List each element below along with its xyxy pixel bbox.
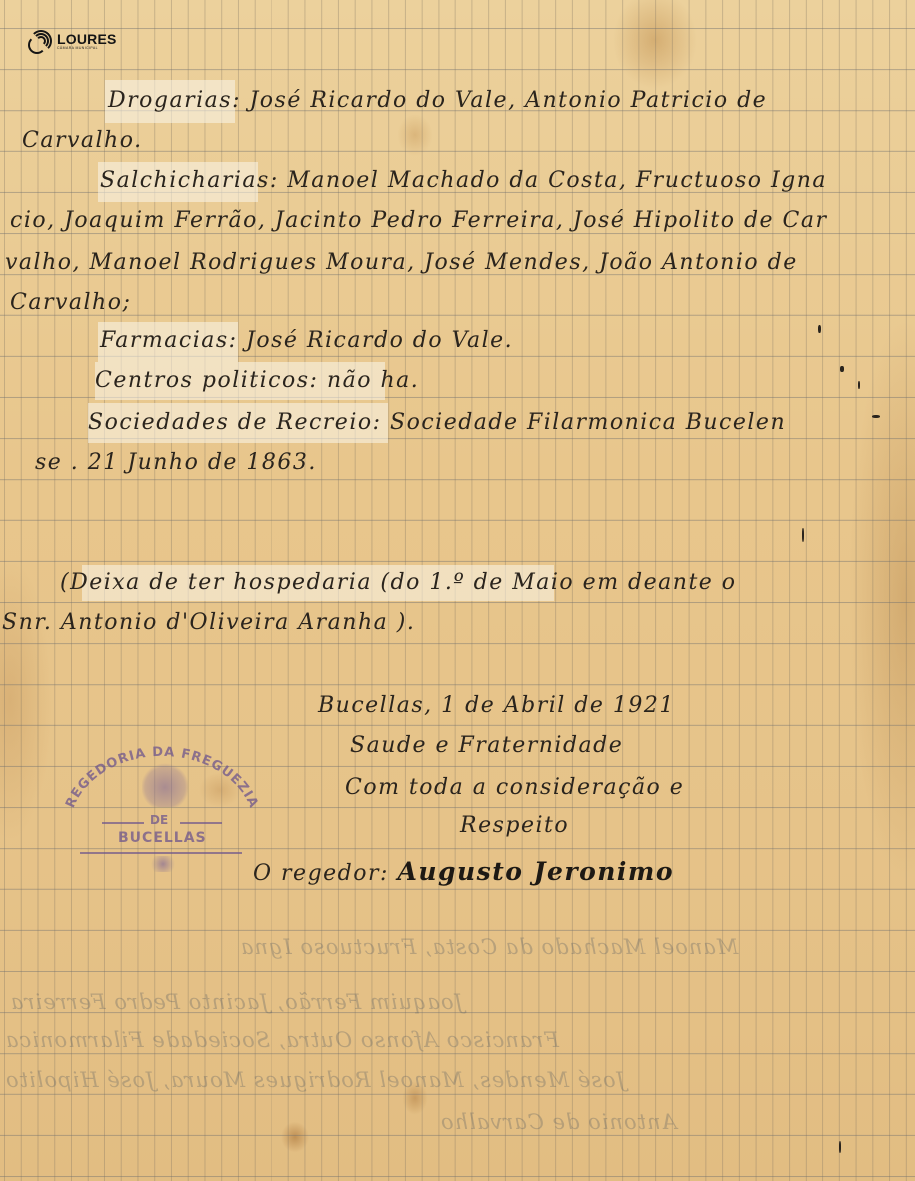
note-line: (Deixa de ter hospedaria (do 1.º de Maio… xyxy=(60,570,737,595)
ink-speck xyxy=(839,1141,841,1153)
entry-label: Centros politicos xyxy=(95,368,310,393)
logo-name: LOURES xyxy=(57,32,117,46)
loures-logo: LOURES CÂMARA MUNICIPAL xyxy=(28,28,117,54)
fingerprint-icon xyxy=(28,28,54,54)
note-highlighted: (Deixa de ter hospedaria (do 1.º de Maio xyxy=(60,570,574,595)
signature: Augusto Jeronimo xyxy=(397,857,674,886)
official-stamp: REGEDORIA DA FREGUEZIA DE BUCELLAS xyxy=(62,728,262,878)
entry-farmacias: Farmacias: José Ricardo do Vale. xyxy=(100,328,513,353)
stamp-town: BUCELLAS xyxy=(118,830,207,846)
entry-text: : Manoel Machado da Costa, Fructuoso Ign… xyxy=(270,168,827,193)
bleed-through-line: Joaquim Ferrão, Jacinto Pedro Ferreira xyxy=(10,990,463,1014)
coat-of-arms-icon xyxy=(142,763,188,807)
entry-continuation: Carvalho; xyxy=(10,290,131,315)
entry-text: : José Ricardo do Vale, Antonio Patricio… xyxy=(232,88,767,113)
entry-text: : Sociedade Filarmonica Bucelen xyxy=(373,410,787,435)
entry-continuation: Carvalho. xyxy=(22,128,143,153)
ink-speck xyxy=(818,325,821,333)
ink-speck xyxy=(840,366,844,372)
ink-speck xyxy=(858,381,860,389)
entry-sociedades-recreio: Sociedades de Recreio: Sociedade Filarmo… xyxy=(88,410,786,435)
respect: Respeito xyxy=(460,813,569,838)
entry-continuation: se . 21 Junho de 1863. xyxy=(35,450,317,475)
bleed-through-line: Francisco Afonso Outra, Sociedade Filarm… xyxy=(5,1028,559,1052)
entry-label: Farmacias xyxy=(100,328,229,353)
entry-drogarias: Drogarias: José Ricardo do Vale, Antonio… xyxy=(108,88,767,113)
entry-continuation: valho, Manoel Rodrigues Moura, José Mend… xyxy=(5,250,798,275)
entry-label: Drogarias xyxy=(108,88,232,113)
ink-speck xyxy=(872,415,880,418)
entry-label: Sociedades de Recreio xyxy=(88,410,373,435)
entry-salchicharias: Salchicharias: Manoel Machado da Costa, … xyxy=(100,168,827,193)
bleed-through-line: Antonio de Carvalho xyxy=(440,1110,677,1134)
stamp-de: DE xyxy=(150,813,168,827)
logo-subtitle: CÂMARA MUNICIPAL xyxy=(57,47,117,51)
entry-label: Salchicharias xyxy=(100,168,270,193)
signature-line: O regedor: Augusto Jeronimo xyxy=(253,857,674,886)
bleed-through-line: José Mendes, Manoel Rodrigues Moura, Jos… xyxy=(5,1068,625,1092)
ink-speck xyxy=(802,528,804,542)
salutation: Saude e Fraternidade xyxy=(350,733,623,758)
entry-continuation: cio, Joaquim Ferrão, Jacinto Pedro Ferre… xyxy=(10,208,828,233)
bleed-through-line: Manoel Machado da Costa, Fructuoso Igna xyxy=(240,935,738,959)
stamp-ornament-icon xyxy=(148,856,178,872)
stamp-rule xyxy=(180,822,222,824)
entry-text: : não ha. xyxy=(310,368,420,393)
signer-title: O regedor: xyxy=(253,861,389,886)
entry-centros-politicos: Centros politicos: não ha. xyxy=(95,368,419,393)
regards: Com toda a consideração e xyxy=(345,775,684,800)
note-continuation: Snr. Antonio d'Oliveira Aranha ). xyxy=(2,610,415,635)
stamp-rule xyxy=(102,822,144,824)
note-text: em deante o xyxy=(574,570,736,595)
stamp-bar xyxy=(80,852,242,854)
place-date: Bucellas, 1 de Abril de 1921 xyxy=(318,693,675,718)
entry-text: : José Ricardo do Vale. xyxy=(229,328,514,353)
